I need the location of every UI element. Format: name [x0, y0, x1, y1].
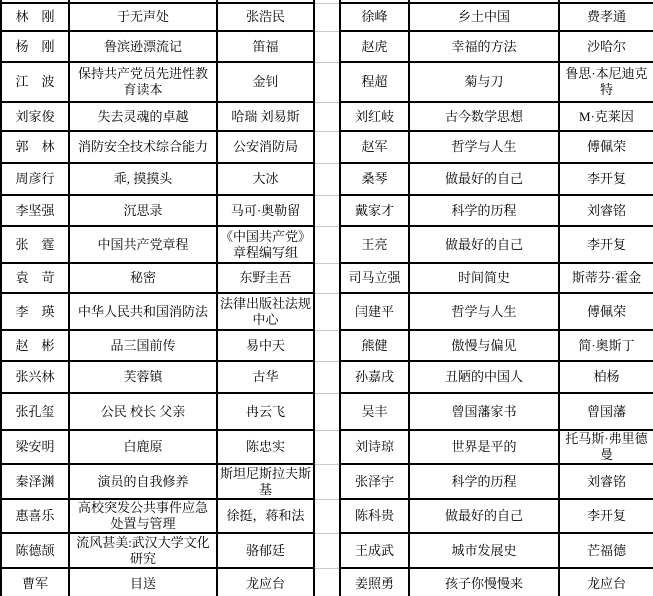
reader-name-cell[interactable]: 赵 彬: [1, 330, 69, 361]
empty-gap-cell[interactable]: [314, 330, 340, 361]
author-cell[interactable]: 马可·奥勒留: [217, 195, 314, 226]
book-title-cell[interactable]: 白鹿原: [69, 430, 217, 464]
book-title-cell[interactable]: 中国共产党章程: [69, 226, 217, 263]
empty-gap-cell[interactable]: [314, 62, 340, 102]
book-title-cell[interactable]: 哲学与人生: [409, 293, 559, 330]
author-cell[interactable]: 骆郁廷: [217, 533, 314, 568]
spreadsheet: 林 刚于无声处张浩民徐峰乡土中国费孝通杨 刚鲁滨逊漂流记笛福赵虎幸福的方法沙哈尔…: [0, 0, 653, 596]
table-row: 秦泽渊演员的自我修养斯坦尼斯拉夫斯基张泽宇科学的历程刘睿铭: [1, 464, 653, 499]
book-title-cell[interactable]: 失去灵魂的卓越: [69, 102, 217, 131]
book-title-cell[interactable]: 傲慢与偏见: [409, 330, 559, 361]
book-title-cell[interactable]: 做最好的自己: [409, 163, 559, 195]
book-title-cell[interactable]: 菊与刀: [409, 62, 559, 102]
author-cell[interactable]: 易中天: [217, 330, 314, 361]
book-title-cell[interactable]: 中华人民共和国消防法: [69, 293, 217, 330]
table-row: 惠喜乐高校突发公共事件应急处置与管理徐挺，蒋和法陈科贵做最好的自己李开复: [1, 499, 653, 533]
book-title-cell[interactable]: 芙蓉镇: [69, 361, 217, 393]
empty-gap-cell[interactable]: [314, 131, 340, 163]
author-cell[interactable]: 法律出版社法规中心: [217, 293, 314, 330]
empty-gap-cell[interactable]: [314, 568, 340, 596]
book-title-cell[interactable]: 乖, 摸摸头: [69, 163, 217, 195]
empty-gap-cell[interactable]: [314, 393, 340, 430]
author-cell[interactable]: 傅佩荣: [559, 131, 653, 163]
book-title-cell[interactable]: 幸福的方法: [409, 31, 559, 62]
table-row: 林 刚于无声处张浩民徐峰乡土中国费孝通: [1, 3, 653, 31]
author-cell[interactable]: 沙哈尔: [559, 31, 653, 62]
empty-gap-cell[interactable]: [314, 464, 340, 499]
author-cell[interactable]: 冉云飞: [217, 393, 314, 430]
reader-name-cell[interactable]: 曹军: [1, 568, 69, 596]
reader-name-cell[interactable]: 刘诗琼: [340, 430, 409, 464]
reader-name-cell[interactable]: 刘家俊: [1, 102, 69, 131]
author-cell[interactable]: 鲁思·本尼迪克特: [559, 62, 653, 102]
book-title-cell[interactable]: 做最好的自己: [409, 499, 559, 533]
table-row: 梁安明白鹿原陈忠实刘诗琼世界是平的托马斯·弗里德曼: [1, 430, 653, 464]
table-row: 赵 彬品三国前传易中天熊健傲慢与偏见简·奥斯丁: [1, 330, 653, 361]
empty-gap-cell[interactable]: [314, 163, 340, 195]
author-cell[interactable]: 大冰: [217, 163, 314, 195]
table-row: 李 瑛中华人民共和国消防法法律出版社法规中心闫建平哲学与人生傅佩荣: [1, 293, 653, 330]
book-title-cell[interactable]: 科学的历程: [409, 195, 559, 226]
table-row: 陈德颉流风甚美:武汉大学文化研究骆郁廷王成武城市发展史芒福德: [1, 533, 653, 568]
author-cell[interactable]: 东野圭吾: [217, 263, 314, 293]
book-title-cell[interactable]: 哲学与人生: [409, 131, 559, 163]
table-row: 周彦行乖, 摸摸头大冰桑琴做最好的自己李开复: [1, 163, 653, 195]
author-cell[interactable]: 陈忠实: [217, 430, 314, 464]
author-cell[interactable]: 柏杨: [559, 361, 653, 393]
author-cell[interactable]: 张浩民: [217, 3, 314, 31]
reader-name-cell[interactable]: 闫建平: [340, 293, 409, 330]
reader-name-cell[interactable]: 李坚强: [1, 195, 69, 226]
author-cell[interactable]: 李开复: [559, 163, 653, 195]
book-title-cell[interactable]: 古今数学思想: [409, 102, 559, 131]
reader-name-cell[interactable]: 郭 林: [1, 131, 69, 163]
reader-name-cell[interactable]: 秦泽渊: [1, 464, 69, 499]
reader-name-cell[interactable]: 陈科贵: [340, 499, 409, 533]
reader-name-cell[interactable]: 熊健: [340, 330, 409, 361]
author-cell[interactable]: 金钊: [217, 62, 314, 102]
author-cell[interactable]: 龙应台: [217, 568, 314, 596]
author-cell[interactable]: 《中国共产党》章程编写组: [217, 226, 314, 263]
book-title-cell[interactable]: 流风甚美:武汉大学文化研究: [69, 533, 217, 568]
reader-name-cell[interactable]: 袁 苛: [1, 263, 69, 293]
reader-name-cell[interactable]: 姜照勇: [340, 568, 409, 596]
reader-name-cell[interactable]: 司马立强: [340, 263, 409, 293]
book-title-cell[interactable]: 于无声处: [69, 3, 217, 31]
author-cell[interactable]: 斯蒂芬·霍金: [559, 263, 653, 293]
reader-name-cell[interactable]: 惠喜乐: [1, 499, 69, 533]
book-title-cell[interactable]: 时间简史: [409, 263, 559, 293]
reader-name-cell[interactable]: 王成武: [340, 533, 409, 568]
author-cell[interactable]: M·克莱因: [559, 102, 653, 131]
table-row: 张 霆中国共产党章程《中国共产党》章程编写组王亮做最好的自己李开复: [1, 226, 653, 263]
table-row: 张兴林芙蓉镇古华孙嘉戌丑陋的中国人柏杨: [1, 361, 653, 393]
book-title-cell[interactable]: 世界是平的: [409, 430, 559, 464]
reader-name-cell[interactable]: 戴家才: [340, 195, 409, 226]
book-title-cell[interactable]: 秘密: [69, 263, 217, 293]
author-cell[interactable]: 古华: [217, 361, 314, 393]
reader-name-cell[interactable]: 王亮: [340, 226, 409, 263]
book-title-cell[interactable]: 公民 校长 父亲: [69, 393, 217, 430]
table-row: 张孔玺公民 校长 父亲冉云飞吴丰曾国藩家书曾国藩: [1, 393, 653, 430]
author-cell[interactable]: 曾国藩: [559, 393, 653, 430]
reader-name-cell[interactable]: 梁安明: [1, 430, 69, 464]
author-cell[interactable]: 芒福德: [559, 533, 653, 568]
author-cell[interactable]: 托马斯·弗里德曼: [559, 430, 653, 464]
book-title-cell[interactable]: 保持共产党员先进性教育读本: [69, 62, 217, 102]
author-cell[interactable]: 简·奥斯丁: [559, 330, 653, 361]
book-title-cell[interactable]: 消防安全技术综合能力: [69, 131, 217, 163]
author-cell[interactable]: 公安消防局: [217, 131, 314, 163]
table-row: 杨 刚鲁滨逊漂流记笛福赵虎幸福的方法沙哈尔: [1, 31, 653, 62]
author-cell[interactable]: 斯坦尼斯拉夫斯基: [217, 464, 314, 499]
table-row: 郭 林消防安全技术综合能力公安消防局赵军哲学与人生傅佩荣: [1, 131, 653, 163]
table-row: 袁 苛秘密东野圭吾司马立强时间简史斯蒂芬·霍金: [1, 263, 653, 293]
reader-name-cell[interactable]: 张孔玺: [1, 393, 69, 430]
book-title-cell[interactable]: 科学的历程: [409, 464, 559, 499]
reader-name-cell[interactable]: 刘红岐: [340, 102, 409, 131]
book-title-cell[interactable]: 高校突发公共事件应急处置与管理: [69, 499, 217, 533]
empty-gap-cell[interactable]: [314, 293, 340, 330]
author-cell[interactable]: 费孝通: [559, 3, 653, 31]
reader-name-cell[interactable]: 孙嘉戌: [340, 361, 409, 393]
book-title-cell[interactable]: 孩子你慢慢来: [409, 568, 559, 596]
book-title-cell[interactable]: 乡土中国: [409, 3, 559, 31]
book-title-cell[interactable]: 品三国前传: [69, 330, 217, 361]
book-title-cell[interactable]: 目送: [69, 568, 217, 596]
reader-name-cell[interactable]: 吴丰: [340, 393, 409, 430]
empty-gap-cell[interactable]: [314, 3, 340, 31]
empty-gap-cell[interactable]: [314, 430, 340, 464]
author-cell[interactable]: 李开复: [559, 226, 653, 263]
empty-gap-cell[interactable]: [314, 195, 340, 226]
spreadsheet-body: 林 刚于无声处张浩民徐峰乡土中国费孝通杨 刚鲁滨逊漂流记笛福赵虎幸福的方法沙哈尔…: [1, 0, 653, 596]
author-cell[interactable]: 笛福: [217, 31, 314, 62]
book-title-cell[interactable]: 沉思录: [69, 195, 217, 226]
table-row: 李坚强沉思录马可·奥勒留戴家才科学的历程刘睿铭: [1, 195, 653, 226]
author-cell[interactable]: 徐挺，蒋和法: [217, 499, 314, 533]
reader-name-cell[interactable]: 张兴林: [1, 361, 69, 393]
table-row: 刘家俊失去灵魂的卓越哈瑞 刘易斯刘红岐古今数学思想M·克莱因: [1, 102, 653, 131]
empty-gap-cell[interactable]: [314, 226, 340, 263]
reader-name-cell[interactable]: 徐峰: [340, 3, 409, 31]
empty-gap-cell[interactable]: [314, 263, 340, 293]
author-cell[interactable]: 龙应台: [559, 568, 653, 596]
author-cell[interactable]: 刘睿铭: [559, 464, 653, 499]
reader-name-cell[interactable]: 赵虎: [340, 31, 409, 62]
empty-gap-cell[interactable]: [314, 102, 340, 131]
reader-name-cell[interactable]: 陈德颉: [1, 533, 69, 568]
book-title-cell[interactable]: 鲁滨逊漂流记: [69, 31, 217, 62]
empty-gap-cell[interactable]: [314, 499, 340, 533]
reader-name-cell[interactable]: 张泽宇: [340, 464, 409, 499]
empty-gap-cell[interactable]: [314, 533, 340, 568]
reader-name-cell[interactable]: 李 瑛: [1, 293, 69, 330]
author-cell[interactable]: 傅佩荣: [559, 293, 653, 330]
book-title-cell[interactable]: 做最好的自己: [409, 226, 559, 263]
reader-name-cell[interactable]: 周彦行: [1, 163, 69, 195]
author-cell[interactable]: 刘睿铭: [559, 195, 653, 226]
reader-name-cell[interactable]: 杨 刚: [1, 31, 69, 62]
book-title-cell[interactable]: 丑陋的中国人: [409, 361, 559, 393]
empty-gap-cell[interactable]: [314, 31, 340, 62]
book-title-cell[interactable]: 城市发展史: [409, 533, 559, 568]
reader-name-cell[interactable]: 桑琴: [340, 163, 409, 195]
author-cell[interactable]: 李开复: [559, 499, 653, 533]
reader-name-cell[interactable]: 张 霆: [1, 226, 69, 263]
book-title-cell[interactable]: 演员的自我修养: [69, 464, 217, 499]
author-cell[interactable]: 哈瑞 刘易斯: [217, 102, 314, 131]
reader-name-cell[interactable]: 赵军: [340, 131, 409, 163]
table-row: 江 波保持共产党员先进性教育读本金钊程超菊与刀鲁思·本尼迪克特: [1, 62, 653, 102]
reader-name-cell[interactable]: 程超: [340, 62, 409, 102]
reader-name-cell[interactable]: 江 波: [1, 62, 69, 102]
empty-gap-cell[interactable]: [314, 361, 340, 393]
table-row: 曹军目送龙应台姜照勇孩子你慢慢来龙应台: [1, 568, 653, 596]
book-title-cell[interactable]: 曾国藩家书: [409, 393, 559, 430]
reader-name-cell[interactable]: 林 刚: [1, 3, 69, 31]
